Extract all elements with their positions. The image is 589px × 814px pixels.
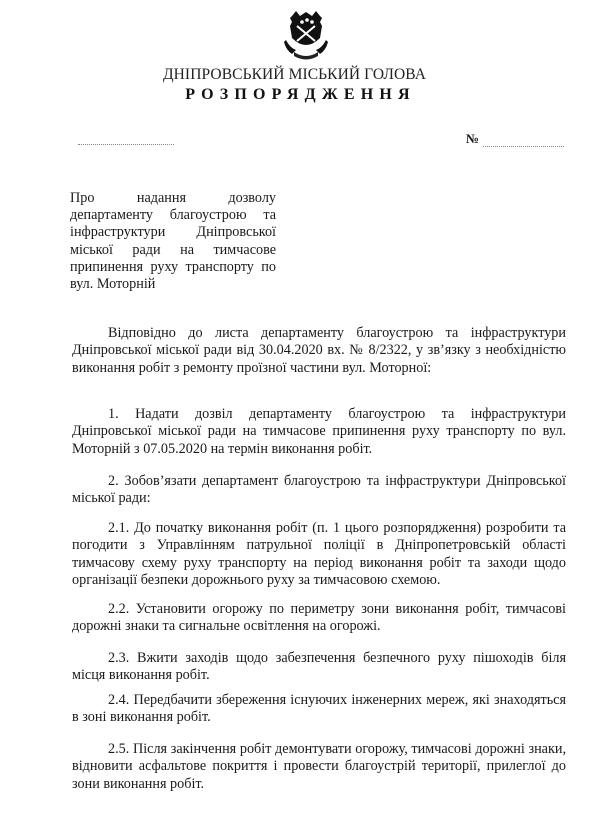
clause-number: 2.3.	[108, 650, 129, 666]
coat-of-arms-icon	[282, 8, 330, 62]
clause-text: Установити огорожу по периметру зони вик…	[72, 601, 566, 634]
clause-number: 2.1.	[108, 520, 129, 536]
clause-number: 2.	[108, 473, 119, 489]
clause-number: 2.4.	[108, 692, 129, 708]
number-label: №	[466, 131, 479, 146]
document-type: РОЗПОРЯДЖЕННЯ	[0, 86, 589, 104]
clause-1: 1. Надати дозвіл департаменту благоустро…	[72, 406, 566, 458]
document-subject: Про надання дозволу департаменту благоус…	[70, 190, 276, 293]
clause-2-3: 2.3. Вжити заходів щодо забезпечення без…	[72, 650, 566, 685]
preamble-paragraph: Відповідно до листа департаменту благоус…	[72, 325, 566, 377]
clause-text: До початку виконання робіт (п. 1 цього р…	[72, 520, 566, 588]
clause-2-2: 2.2. Установити огорожу по периметру зон…	[72, 601, 566, 636]
clause-text: Надати дозвіл департаменту благоустрою т…	[72, 406, 566, 457]
number-field-line	[483, 146, 564, 147]
document-page: ДНІПРОВСЬКИЙ МІСЬКИЙ ГОЛОВА РОЗПОРЯДЖЕНН…	[0, 0, 589, 814]
clause-2-5: 2.5. Після закінчення робіт демонтувати …	[72, 741, 566, 793]
clause-2: 2. Зобов’язати департамент благоустрою т…	[72, 473, 566, 508]
preamble-text: Відповідно до листа департаменту благоус…	[72, 325, 566, 376]
clause-text: Після закінчення робіт демонтувати огоро…	[72, 741, 566, 792]
clause-number: 2.5.	[108, 741, 129, 757]
number-field: №	[466, 131, 479, 147]
date-field-line	[78, 144, 174, 145]
clause-2-1: 2.1. До початку виконання робіт (п. 1 ць…	[72, 520, 566, 590]
clause-text: Вжити заходів щодо забезпечення безпечно…	[72, 650, 566, 683]
clause-text: Зобов’язати департамент благоустрою та і…	[72, 473, 566, 506]
issuer-title: ДНІПРОВСЬКИЙ МІСЬКИЙ ГОЛОВА	[0, 66, 589, 84]
clause-number: 2.2.	[108, 601, 129, 617]
clause-number: 1.	[108, 406, 119, 422]
clause-2-4: 2.4. Передбачити збереження існуючих інж…	[72, 692, 566, 727]
clause-text: Передбачити збереження існуючих інженерн…	[72, 692, 566, 725]
